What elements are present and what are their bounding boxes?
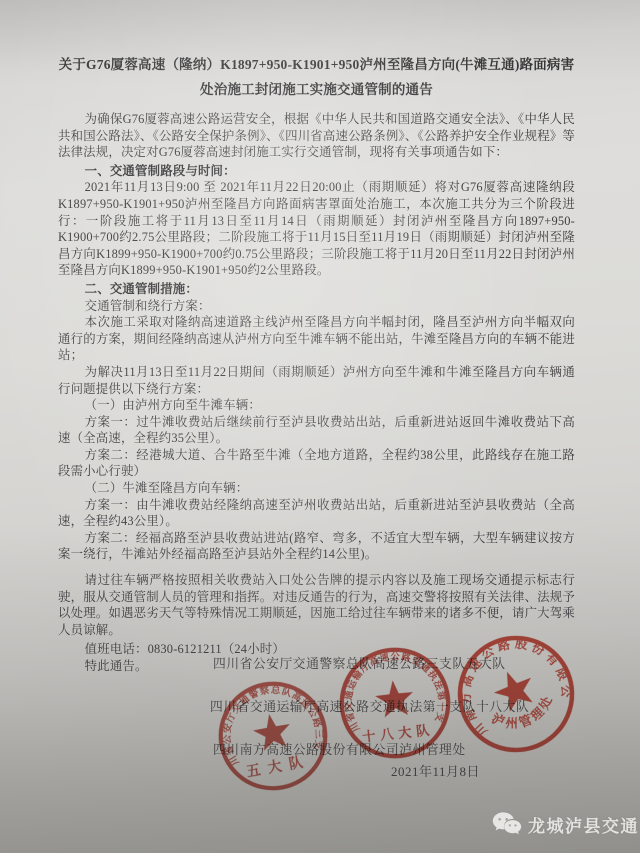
star-icon (488, 664, 539, 714)
star-icon (251, 711, 294, 752)
wechat-icon (492, 811, 522, 837)
notice-title-line2: 处治施工封闭施工实施交通管制的通告 (58, 77, 575, 102)
subsection-1-heading: （一）由泸州方向至牛滩车辆： (58, 397, 575, 414)
notice-photo: 关于G76厦蓉高速（隆纳）K1897+950-K1901+950泸州至隆昌方向(… (0, 0, 640, 853)
section-2-heading: 二、交通管制措施： (58, 281, 575, 298)
svg-text:四川省公安厅交通警察总队高速公路三支队: 四川省公安厅交通警察总队高速公路三支队 (201, 663, 328, 770)
intro-paragraph: 为确保G76厦蓉高速公路运营安全，根据《中华人民共和国道路交通安全法》、《中华人… (58, 111, 575, 161)
section-1-paragraph: 2021年11月13日9:00 至 2021年11月22日20:00止（雨期顺延… (58, 179, 575, 279)
subsection-2-heading: （二）牛滩至隆昌方向车辆： (58, 480, 575, 497)
notice-title-line1: 关于G76厦蓉高速（隆纳）K1897+950-K1901+950泸州至隆昌方向(… (58, 52, 575, 77)
seal-unit-label: 十八大队 (361, 721, 434, 744)
notice-date: 2021年11月8日 (391, 761, 480, 780)
star-icon (374, 678, 416, 718)
watermark-label: 龙城泸县交通 (528, 812, 639, 837)
subsection-1-plan-2: 方案二：经港城大道、合牛路至牛滩（全地方道路，全程约38公里，此路线存在施工路段… (58, 447, 575, 480)
subsection-2-plan-2: 方案二：经福高路至泸县收费站进站(路窄、弯多，不适宜大型车辆，大型车辆建议按方案… (58, 530, 575, 563)
notice-paragraph: 请过往车辆严格按照相关收费站入口处公告牌的提示内容以及施工现场交通提示标志行驶，… (58, 572, 575, 638)
plan-label: 交通管制和绕行方案： (58, 298, 575, 315)
watermark: 龙城泸县交通 (492, 811, 639, 837)
seal-ring-text: 四川省公安厅交通警察总队高速公路三支队 (201, 663, 328, 770)
official-seal-wudadui: 四川省公安厅交通警察总队高速公路三支队 五大队 (208, 671, 338, 801)
plan-paragraph-1: 本次施工采取对隆纳高速道路主线泸州至隆昌方向半幅封闭，隆昌至泸州方向半幅双向通行… (58, 314, 575, 364)
notice-title: 关于G76厦蓉高速（隆纳）K1897+950-K1901+950泸州至隆昌方向(… (58, 52, 575, 102)
seal-unit-label: 五大队 (245, 753, 311, 781)
subsection-2-plan-1: 方案一：由牛滩收费站经隆纳高速至泸州收费站出站，后重新进站至泸县收费站（全高速，… (58, 497, 575, 530)
subsection-1-plan-1: 方案一：过牛滩收费站后继续前行至泸县收费站出站，后重新进站返回牛滩收费站下高速（… (58, 414, 575, 447)
section-1-heading: 一、交通管制路段与时间： (58, 163, 575, 180)
notice-document: 关于G76厦蓉高速（隆纳）K1897+950-K1901+950泸州至隆昌方向(… (58, 52, 575, 675)
plan-paragraph-2: 为解决11月13日至11月22日期间（雨期顺延）泸州方向至牛滩和牛滩至隆昌方向车… (58, 364, 575, 397)
